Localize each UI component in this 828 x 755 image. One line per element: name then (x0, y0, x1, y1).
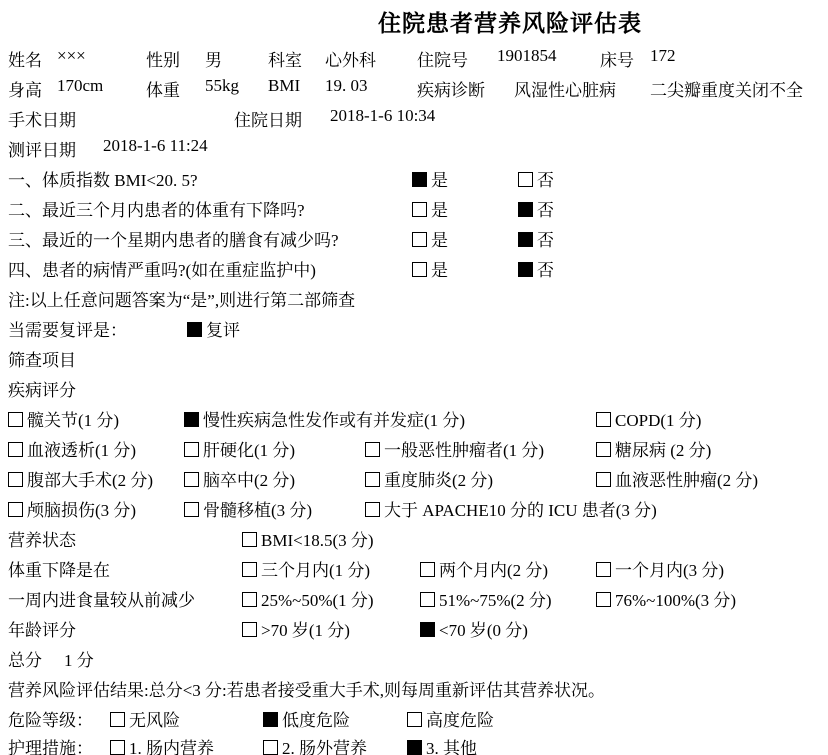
checkbox-no[interactable] (518, 202, 533, 217)
yes-label: 是 (431, 231, 448, 250)
question-4-yes-option: 是 (412, 256, 448, 281)
no-label: 否 (537, 261, 554, 280)
checkbox[interactable] (407, 740, 422, 755)
question-2-yes-option: 是 (412, 196, 448, 221)
checkbox[interactable] (263, 740, 278, 755)
checkbox[interactable] (596, 412, 611, 427)
option-label: 大于 APACHE10 分的 ICU 患者(3 分) (384, 501, 657, 520)
name-value: ××× (57, 46, 86, 66)
question-row-1: 一、体质指数 BMI<20. 5? 是 否 (0, 166, 828, 190)
checkbox[interactable] (596, 472, 611, 487)
intake-reduction-row: 一周内进食量较从前减少 25%~50%(1 分) 51%~75%(2 分) 76… (0, 586, 828, 610)
disease-option-stroke: 脑卒中(2 分) (184, 466, 295, 491)
disease-score-row-4: 颅脑损伤(3 分) 骨髓移植(3 分) 大于 APACHE10 分的 ICU 患… (0, 496, 828, 520)
weight-loss-option-3m: 三个月内(1 分) (242, 556, 370, 581)
checkbox-yes[interactable] (412, 232, 427, 247)
surgery-date-label: 手术日期 (8, 106, 76, 131)
assessment-date-value: 2018-1-6 11:24 (103, 136, 208, 156)
result-note-text: 营养风险评估结果:总分<3 分:若患者接受重大手术,则每周重新评估其营养状况。 (8, 676, 605, 701)
checkbox[interactable] (8, 502, 23, 517)
intake-option-25-50: 25%~50%(1 分) (242, 586, 374, 611)
age-score-label: 年龄评分 (8, 616, 76, 641)
note-text: 注:以上任意问题答案为“是”,则进行第二部筛查 (8, 286, 355, 311)
option-label: 慢性疾病急性发作或有并发症(1 分) (203, 411, 465, 430)
weight-loss-label: 体重下降是在 (8, 556, 110, 581)
disease-score-row-1: 髋关节(1 分) 慢性疾病急性发作或有并发症(1 分) COPD(1 分) (0, 406, 828, 430)
disease-option-brain-injury: 颅脑损伤(3 分) (8, 496, 136, 521)
no-label: 否 (537, 201, 554, 220)
total-score-label: 总分 (8, 646, 42, 671)
question-2-text: 二、最近三个月内患者的体重有下降吗? (8, 196, 305, 221)
name-label: 姓名 (8, 46, 42, 71)
option-label: 三个月内(1 分) (261, 561, 370, 580)
risk-level-row: 危险等级： 无风险 低度危险 高度危险 (0, 706, 828, 730)
nursing-measures-row: 护理措施： 1. 肠内营养 2. 肠外营养 3. 其他 (0, 734, 828, 755)
bed-no-value: 172 (650, 46, 676, 66)
option-label: 2. 肠外营养 (282, 739, 367, 755)
option-label: 无风险 (129, 711, 180, 730)
nutrition-status-row: 营养状态 BMI<18.5(3 分) (0, 526, 828, 550)
no-label: 否 (537, 171, 554, 190)
diagnosis-value: 风湿性心脏病 (514, 76, 616, 101)
disease-score-row-2: 血液透析(1 分) 肝硬化(1 分) 一般恶性肿瘤者(1 分) 糖尿病 (2 分… (0, 436, 828, 460)
total-score-value: 1 分 (64, 646, 94, 671)
question-3-text: 三、最近的一个星期内患者的膳食有减少吗? (8, 226, 339, 251)
height-value: 170cm (57, 76, 103, 96)
disease-option-hemodialysis: 血液透析(1 分) (8, 436, 136, 461)
yes-label: 是 (431, 261, 448, 280)
option-label: 血液恶性肿瘤(2 分) (615, 471, 758, 490)
checkbox[interactable] (184, 502, 199, 517)
option-label: 骨髓移植(3 分) (203, 501, 312, 520)
checkbox-reassess[interactable] (187, 322, 202, 337)
form-title: 住院患者营养风险评估表 (378, 5, 642, 38)
note-row: 注:以上任意问题答案为“是”,则进行第二部筛查 (0, 286, 828, 310)
dept-label: 科室 (268, 46, 302, 71)
option-label: 重度肺炎(2 分) (384, 471, 493, 490)
gender-value: 男 (205, 46, 222, 71)
checkbox[interactable] (242, 562, 257, 577)
option-label: 腹部大手术(2 分) (27, 471, 153, 490)
nutrition-option-bmi: BMI<18.5(3 分) (242, 526, 374, 551)
checkbox[interactable] (420, 592, 435, 607)
checkbox[interactable] (184, 442, 199, 457)
dates-row-1: 手术日期 住院日期 2018-1-6 10:34 (0, 106, 828, 130)
checkbox[interactable] (184, 412, 199, 427)
question-row-4: 四、患者的病情严重吗?(如在重症监护中) 是 否 (0, 256, 828, 280)
risk-level-label: 危险等级： (8, 706, 93, 731)
patient-info-row-1: 姓名 ××× 性别 男 科室 心外科 住院号 1901854 床号 172 (0, 46, 828, 70)
height-label: 身高 (8, 76, 42, 101)
nursing-option-other: 3. 其他 (407, 734, 477, 755)
checkbox[interactable] (263, 712, 278, 727)
admission-no-value: 1901854 (497, 46, 557, 66)
intake-reduction-label: 一周内进食量较从前减少 (8, 586, 195, 611)
age-option-under-70: <70 岁(0 分) (420, 616, 528, 641)
checkbox-no[interactable] (518, 262, 533, 277)
bed-no-label: 床号 (600, 46, 634, 71)
disease-score-row-3: 腹部大手术(2 分) 脑卒中(2 分) 重度肺炎(2 分) 血液恶性肿瘤(2 分… (0, 466, 828, 490)
option-label: 76%~100%(3 分) (615, 591, 736, 610)
screening-heading-row: 筛查项目 (0, 346, 828, 370)
intake-option-51-75: 51%~75%(2 分) (420, 586, 552, 611)
checkbox[interactable] (365, 472, 380, 487)
dept-value: 心外科 (325, 46, 376, 71)
option-label: 颅脑损伤(3 分) (27, 501, 136, 520)
checkbox[interactable] (596, 562, 611, 577)
option-label: 低度危险 (282, 711, 350, 730)
checkbox[interactable] (420, 622, 435, 637)
weight-value: 55kg (205, 76, 239, 96)
disease-heading: 疾病评分 (8, 376, 76, 401)
question-1-yes-option: 是 (412, 166, 448, 191)
checkbox-no[interactable] (518, 172, 533, 187)
checkbox[interactable] (596, 592, 611, 607)
yes-label: 是 (431, 201, 448, 220)
option-label: COPD(1 分) (615, 411, 701, 430)
nursing-option-parenteral: 2. 肠外营养 (263, 734, 367, 755)
reassess-row: 当需要复评是： 复评 (0, 316, 828, 340)
option-label: 两个月内(2 分) (439, 561, 548, 580)
screening-heading: 筛查项目 (8, 346, 76, 371)
question-1-text: 一、体质指数 BMI<20. 5? (8, 166, 198, 191)
checkbox[interactable] (8, 472, 23, 487)
checkbox[interactable] (8, 412, 23, 427)
checkbox[interactable] (110, 740, 125, 755)
disease-option-abdominal-surgery: 腹部大手术(2 分) (8, 466, 153, 491)
admission-no-label: 住院号 (417, 46, 468, 71)
reassess-label: 当需要复评是： (8, 316, 127, 341)
diagnosis-label: 疾病诊断 (417, 76, 485, 101)
disease-option-icu-apache: 大于 APACHE10 分的 ICU 患者(3 分) (365, 496, 657, 521)
reassess-option: 复评 (187, 316, 240, 341)
option-label: BMI<18.5(3 分) (261, 531, 374, 550)
disease-option-chronic: 慢性疾病急性发作或有并发症(1 分) (184, 406, 465, 431)
diagnosis-value-2: 二尖瓣重度关闭不全 (650, 76, 803, 101)
option-label: 1. 肠内营养 (129, 739, 214, 755)
gender-label: 性别 (146, 46, 180, 71)
checkbox-yes[interactable] (412, 262, 427, 277)
risk-option-none: 无风险 (110, 706, 180, 731)
disease-option-blood-tumor: 血液恶性肿瘤(2 分) (596, 466, 758, 491)
admission-date-label: 住院日期 (234, 106, 302, 131)
risk-option-high: 高度危险 (407, 706, 494, 731)
bmi-label: BMI (268, 76, 300, 96)
option-label: 3. 其他 (426, 739, 477, 755)
dates-row-2: 测评日期 2018-1-6 11:24 (0, 136, 828, 160)
disease-option-hip: 髋关节(1 分) (8, 406, 119, 431)
checkbox-yes[interactable] (412, 202, 427, 217)
checkbox[interactable] (8, 442, 23, 457)
option-label: 51%~75%(2 分) (439, 591, 552, 610)
question-4-no-option: 否 (518, 256, 554, 281)
disease-option-cirrhosis: 肝硬化(1 分) (184, 436, 295, 461)
checkbox[interactable] (420, 562, 435, 577)
checkbox[interactable] (242, 622, 257, 637)
option-label: 复评 (206, 321, 240, 340)
weight-label: 体重 (146, 76, 180, 101)
risk-option-low: 低度危险 (263, 706, 350, 731)
checkbox[interactable] (596, 442, 611, 457)
checkbox[interactable] (242, 592, 257, 607)
yes-label: 是 (431, 171, 448, 190)
option-label: 脑卒中(2 分) (203, 471, 295, 490)
option-label: 一般恶性肿瘤者(1 分) (384, 441, 544, 460)
disease-option-marrow-transplant: 骨髓移植(3 分) (184, 496, 312, 521)
disease-option-pneumonia: 重度肺炎(2 分) (365, 466, 493, 491)
option-label: 糖尿病 (2 分) (615, 441, 711, 460)
no-label: 否 (537, 231, 554, 250)
checkbox-no[interactable] (518, 232, 533, 247)
nutrition-status-label: 营养状态 (8, 526, 76, 551)
age-option-over-70: >70 岁(1 分) (242, 616, 350, 641)
checkbox[interactable] (110, 712, 125, 727)
question-2-no-option: 否 (518, 196, 554, 221)
question-row-2: 二、最近三个月内患者的体重有下降吗? 是 否 (0, 196, 828, 220)
option-label: 高度危险 (426, 711, 494, 730)
option-label: <70 岁(0 分) (439, 621, 528, 640)
nursing-measures-label: 护理措施： (8, 734, 93, 755)
checkbox[interactable] (407, 712, 422, 727)
intake-option-76-100: 76%~100%(3 分) (596, 586, 736, 611)
question-4-text: 四、患者的病情严重吗?(如在重症监护中) (8, 256, 316, 281)
question-1-no-option: 否 (518, 166, 554, 191)
admission-date-value: 2018-1-6 10:34 (330, 106, 435, 126)
weight-loss-option-2m: 两个月内(2 分) (420, 556, 548, 581)
checkbox[interactable] (365, 502, 380, 517)
checkbox[interactable] (242, 532, 257, 547)
patient-info-row-2: 身高 170cm 体重 55kg BMI 19. 03 疾病诊断 风湿性心脏病 … (0, 76, 828, 100)
age-score-row: 年龄评分 >70 岁(1 分) <70 岁(0 分) (0, 616, 828, 640)
checkbox[interactable] (184, 472, 199, 487)
disease-option-copd: COPD(1 分) (596, 406, 701, 431)
question-row-3: 三、最近的一个星期内患者的膳食有减少吗? 是 否 (0, 226, 828, 250)
disease-option-diabetes: 糖尿病 (2 分) (596, 436, 711, 461)
option-label: 血液透析(1 分) (27, 441, 136, 460)
option-label: 一个月内(3 分) (615, 561, 724, 580)
disease-option-tumor: 一般恶性肿瘤者(1 分) (365, 436, 544, 461)
weight-loss-row: 体重下降是在 三个月内(1 分) 两个月内(2 分) 一个月内(3 分) (0, 556, 828, 580)
nursing-option-enteral: 1. 肠内营养 (110, 734, 214, 755)
checkbox[interactable] (365, 442, 380, 457)
checkbox-yes[interactable] (412, 172, 427, 187)
question-3-yes-option: 是 (412, 226, 448, 251)
option-label: 肝硬化(1 分) (203, 441, 295, 460)
option-label: 髋关节(1 分) (27, 411, 119, 430)
option-label: >70 岁(1 分) (261, 621, 350, 640)
option-label: 25%~50%(1 分) (261, 591, 374, 610)
disease-heading-row: 疾病评分 (0, 376, 828, 400)
question-3-no-option: 否 (518, 226, 554, 251)
nutrition-risk-assessment-form: 住院患者营养风险评估表 姓名 ××× 性别 男 科室 心外科 住院号 19018… (0, 0, 828, 755)
result-note-row: 营养风险评估结果:总分<3 分:若患者接受重大手术,则每周重新评估其营养状况。 (0, 676, 828, 700)
bmi-value: 19. 03 (325, 76, 368, 96)
assessment-date-label: 测评日期 (8, 136, 76, 161)
weight-loss-option-1m: 一个月内(3 分) (596, 556, 724, 581)
total-score-row: 总分 1 分 (0, 646, 828, 670)
